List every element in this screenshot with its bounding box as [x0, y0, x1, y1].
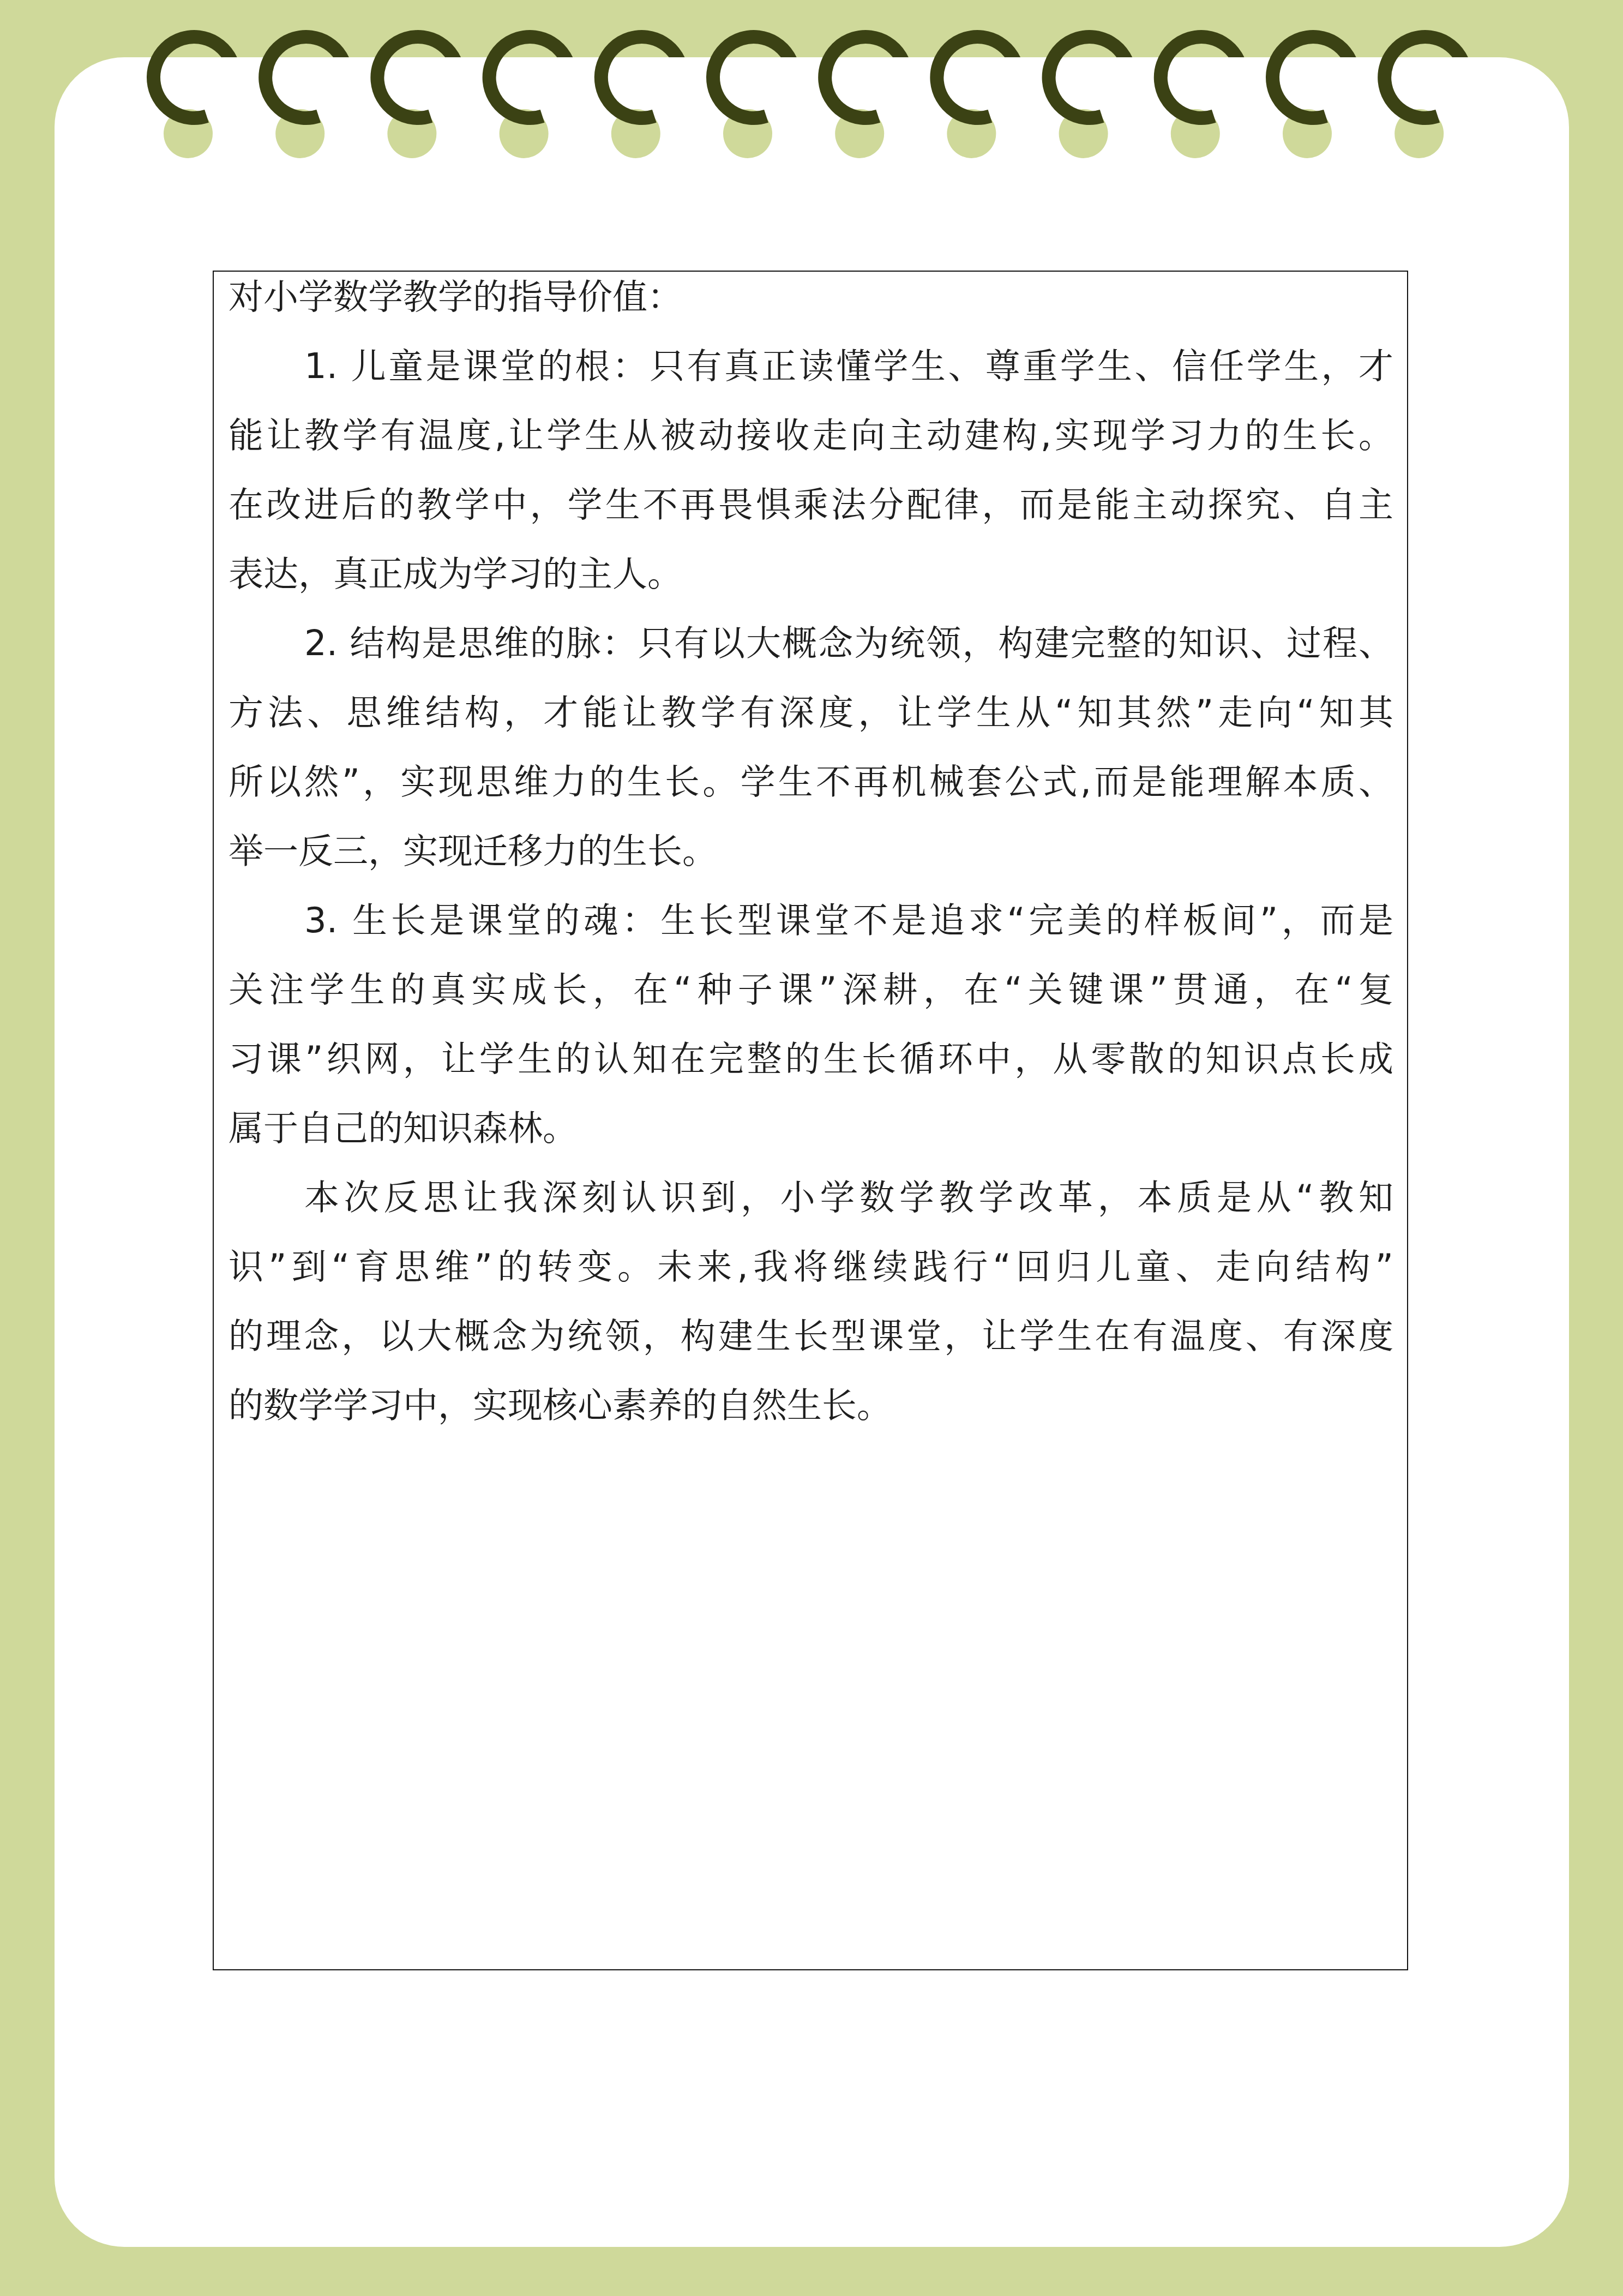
paragraph-4: 本次反思让我深刻认识到，小学数学教学改革，本质是从“教知 识”到“育思维”的转变… [229, 1164, 1393, 1441]
paragraph-line: 本次反思让我深刻认识到，小学数学教学改革，本质是从“教知 [229, 1164, 1393, 1233]
paragraph-line: 关注学生的真实成长，在“种子课”深耕，在“关键课”贯通，在“复 [229, 956, 1393, 1025]
section-heading: 对小学数学教学的指导价值： [229, 263, 1393, 332]
paragraph-line: 表达，真正成为学习的主人。 [229, 540, 1393, 609]
paragraph-1: 1. 儿童是课堂的根：只有真正读懂学生、尊重学生、信任学生，才 能让教学有温度,… [229, 332, 1393, 609]
paragraph-line: 举一反三，实现迁移力的生长。 [229, 817, 1393, 886]
paragraph-line: 属于自己的知识森林。 [229, 1094, 1393, 1164]
paragraph-3: 3. 生长是课堂的魂：生长型课堂不是追求“完美的样板间”，而是 关注学生的真实成… [229, 886, 1393, 1164]
paragraph-line: 方法、思维结构，才能让教学有深度，让学生从“知其然”走向“知其 [229, 679, 1393, 748]
paragraph-line: 1. 儿童是课堂的根：只有真正读懂学生、尊重学生、信任学生，才 [229, 332, 1393, 401]
paragraph-2: 2. 结构是思维的脉：只有以大概念为统领，构建完整的知识、过程、 方法、思维结构… [229, 609, 1393, 886]
paragraph-line: 2. 结构是思维的脉：只有以大概念为统领，构建完整的知识、过程、 [229, 609, 1393, 679]
paragraph-line: 在改进后的教学中，学生不再畏惧乘法分配律，而是能主动探究、自主 [229, 471, 1393, 540]
paragraph-line: 3. 生长是课堂的魂：生长型课堂不是追求“完美的样板间”，而是 [229, 886, 1393, 956]
reflection-text: 对小学数学教学的指导价值： 1. 儿童是课堂的根：只有真正读懂学生、尊重学生、信… [229, 263, 1393, 1441]
paragraph-line: 的数学学习中，实现核心素养的自然生长。 [229, 1371, 1393, 1441]
paragraph-line: 能让教学有温度,让学生从被动接收走向主动建构,实现学习力的生长。 [229, 401, 1393, 471]
paragraph-line: 识”到“育思维”的转变。未来,我将继续践行“回归儿童、走向结构” [229, 1233, 1393, 1302]
paragraph-line: 所以然”，实现思维力的生长。学生不再机械套公式,而是能理解本质、 [229, 748, 1393, 817]
reflection-text-box: 对小学数学教学的指导价值： 1. 儿童是课堂的根：只有真正读懂学生、尊重学生、信… [213, 271, 1408, 1970]
paragraph-line: 习课”织网，让学生的认知在完整的生长循环中，从零散的知识点长成 [229, 1025, 1393, 1094]
paragraph-line: 的理念，以大概念为统领，构建生长型课堂，让学生在有温度、有深度 [229, 1302, 1393, 1371]
